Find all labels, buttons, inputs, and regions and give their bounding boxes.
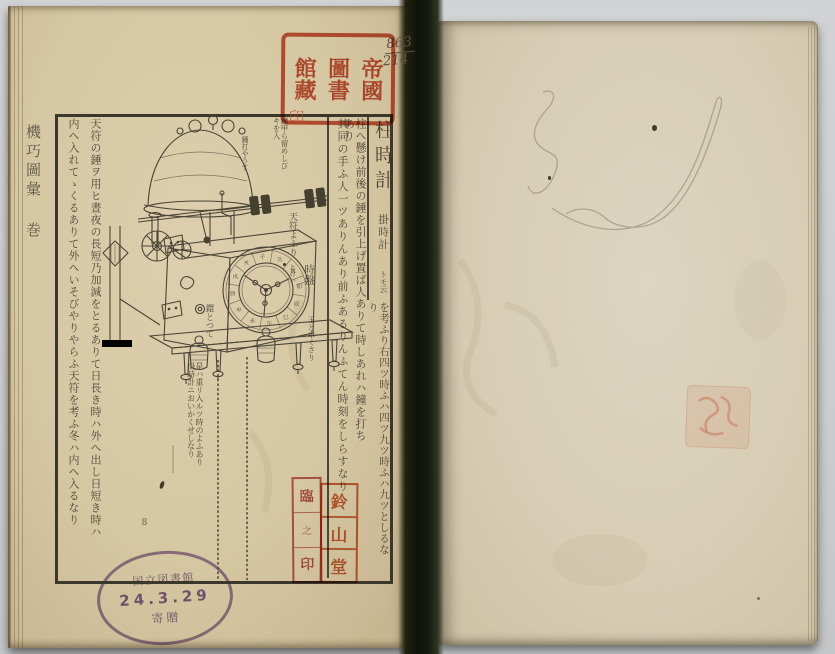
ink-speck [652, 125, 657, 131]
book-scan: 国立図書館 24.3.29 寄贈 機巧圖彙 巻 柱時計 掛時計 トモ云 柱へ懸け… [0, 0, 835, 654]
dial-label-main: 時盤 [303, 264, 315, 285]
text-column-2: 其同の手ふ人一ツありんあり前ふあるりんふてん時刻をしらすなり [331, 118, 348, 516]
chain-label: 玉と車くさり [293, 316, 315, 380]
ink-speck [283, 263, 286, 266]
entry-title: 柱時計 [372, 120, 394, 195]
collector-seal-char2: 之 [294, 512, 320, 547]
binding-gutter [398, 0, 444, 654]
page-mark: 8 [139, 518, 148, 528]
dial-label: 時盤 とけい [293, 264, 317, 308]
suzando-seal-char3: 堂 [322, 548, 356, 581]
entry-title-sub-small: トモ云 [379, 271, 388, 294]
ink-speck [757, 597, 760, 600]
handle-label: 鐶とつて [191, 304, 213, 348]
faded-seal [685, 385, 751, 449]
entry-title-sub: 掛時計 [377, 214, 389, 252]
text-column-4: 内ヘ入れてゝくるありて外ヘいそびやりやらふ天符を考ふ冬ハ内ヘ入るなり [62, 118, 79, 542]
entry-title-column: 柱時計 掛時計 トモ云 [366, 120, 392, 308]
right-page [438, 21, 818, 645]
collector-seal-char3: 印 [294, 547, 320, 582]
ink-speck [548, 176, 551, 180]
text-column-1: 柱へ懸け前後の錘を引上げ置ば人ありて時しあれハ鐘を打ちあり [349, 118, 366, 452]
seal-fragment: 印 [283, 109, 303, 141]
suzando-seal: 鈴 山 堂 [320, 483, 359, 583]
text-column-1-lower: を考ふり右四ツ時ふハ四ツ九ツ時ふハ九ツとしるなり [370, 302, 389, 564]
text-column-3: 天符の錘ヲ用ヒ晝夜の長短乃加減をとるありて日長き時ハ外ヘ出し日短き時ハ [84, 118, 101, 574]
suzando-seal-char2: 山 [322, 516, 356, 549]
weight-note-label: 是ハ重リ入ルツ時のよふあり掛時計ニおいかくせしなり [163, 362, 203, 466]
library-seal-col-mid: 圖書 [322, 38, 354, 120]
library-seal-col-left: 館藏 [289, 38, 321, 120]
accession-stamp-line3: 寄贈 [151, 607, 182, 626]
library-seal-col-right: 帝國 [355, 38, 387, 120]
bell-inner-label: 鐘打やうす [222, 136, 248, 178]
accession-stamp-date: 24.3.29 [119, 585, 212, 609]
dial-label-ruby: とけい [288, 264, 296, 284]
spine-title: 機巧圖彙 巻 [18, 124, 40, 334]
collector-seal-char1: 臨 [294, 479, 320, 513]
collector-seal: 臨 之 印 [292, 477, 323, 583]
suzando-seal-char1: 鈴 [322, 485, 356, 516]
